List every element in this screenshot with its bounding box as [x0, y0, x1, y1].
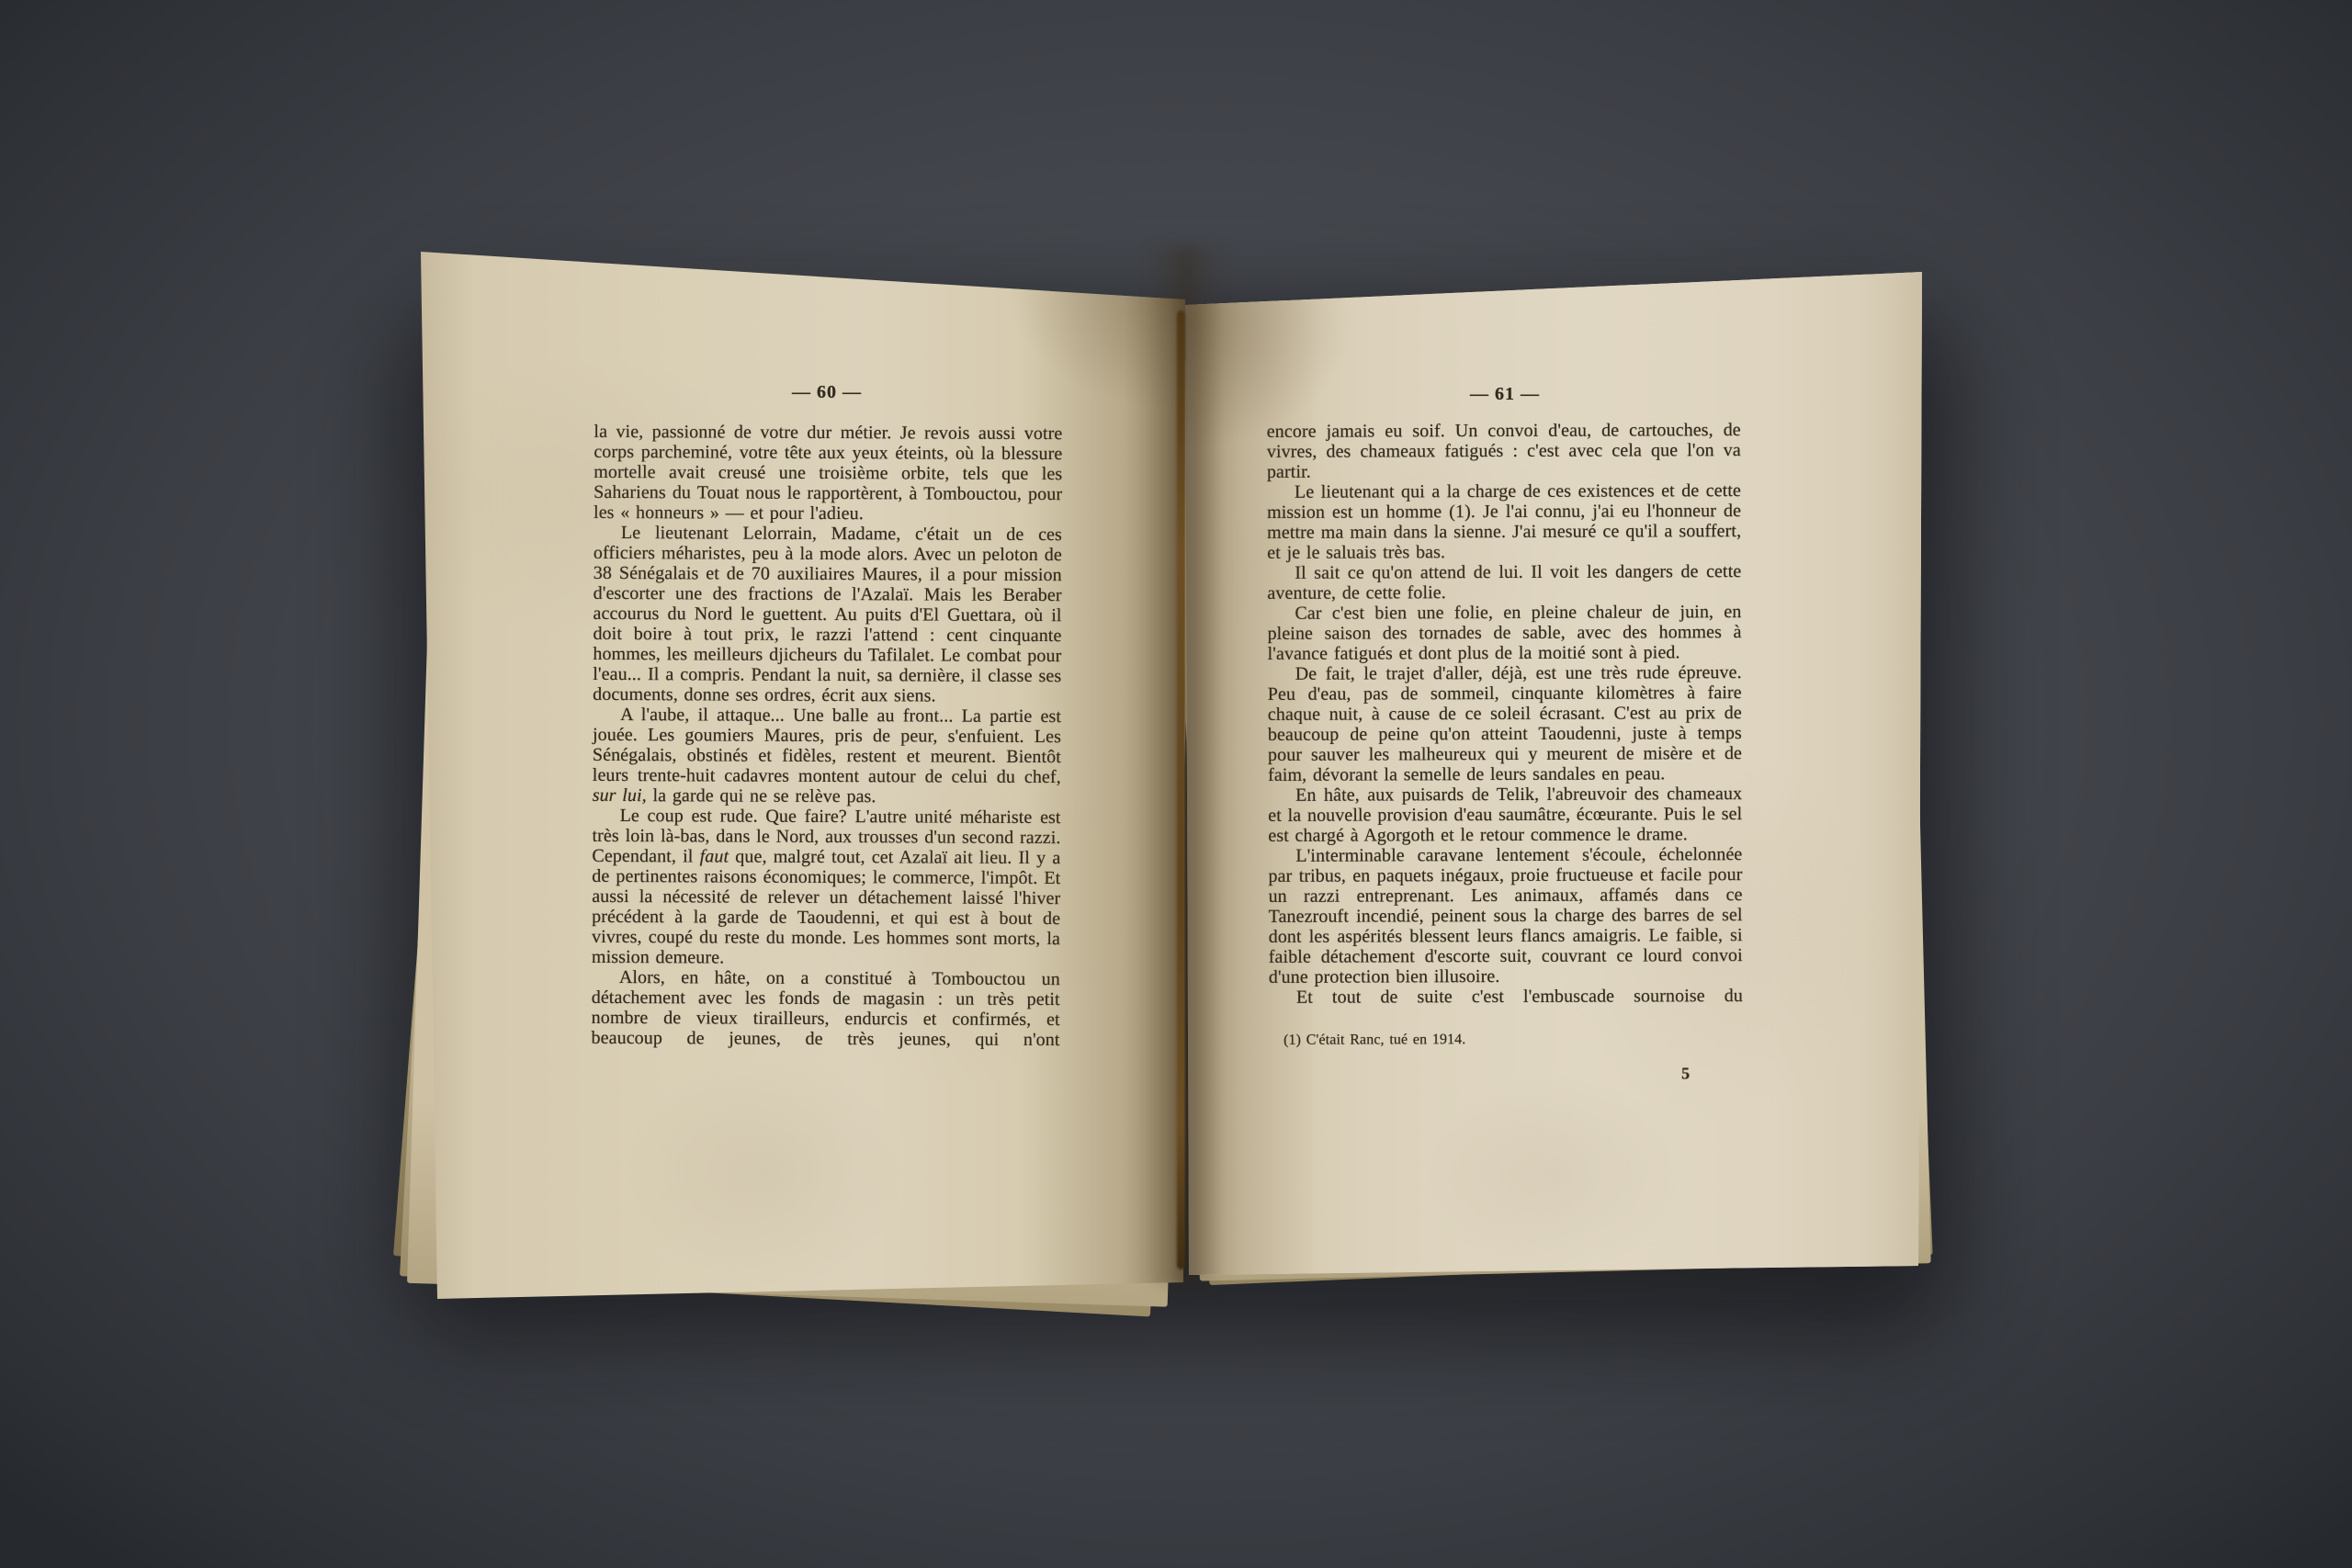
- paragraph: De fait, le trajet d'aller, déjà, est un…: [1268, 662, 1742, 785]
- footnote: (1) C'était Ranc, tué en 1914.: [1269, 1030, 1743, 1050]
- spine-crease: [1177, 310, 1185, 1269]
- text-segment: A l'aube, il attaque... Une balle au fro…: [593, 705, 1061, 787]
- text-segment: Car c'est bien une folie, en pleine chal…: [1268, 602, 1742, 664]
- paragraph: Le lieutenant Lelorrain, Madame, c'était…: [593, 523, 1062, 706]
- paragraph: A l'aube, il attaque... Une balle au fro…: [593, 705, 1061, 807]
- italic-text-segment: faut: [700, 846, 729, 866]
- text-segment: Et tout de suite c'est l'embuscade sourn…: [1296, 986, 1743, 1008]
- paragraph: L'interminable caravane lentement s'écou…: [1268, 844, 1743, 987]
- text-segment: De fait, le trajet d'aller, déjà, est un…: [1268, 662, 1742, 785]
- left-page: — 60 — la vie, passionné de votre dur mé…: [421, 243, 1185, 1299]
- paragraph: la vie, passionné de votre dur métier. J…: [594, 422, 1062, 525]
- paragraph: Et tout de suite c'est l'embuscade sourn…: [1269, 986, 1743, 1008]
- right-page-number: — 61 —: [1268, 384, 1742, 405]
- text-segment: la garde qui ne se relève pas.: [647, 785, 876, 807]
- right-page-text: encore jamais eu soif. Un convoi d'eau, …: [1267, 420, 1744, 1085]
- italic-text-segment: sur lui,: [593, 785, 647, 806]
- left-page-text: la vie, passionné de votre dur métier. J…: [592, 422, 1063, 1050]
- text-segment: la vie, passionné de votre dur métier. J…: [594, 422, 1062, 524]
- paragraph: Le lieutenant qui a la charge de ces exi…: [1267, 480, 1741, 563]
- text-segment: encore jamais eu soif. Un convoi d'eau, …: [1267, 420, 1741, 482]
- text-segment: En hâte, aux puisards de Telik, l'abreuv…: [1268, 784, 1742, 846]
- text-segment: Le lieutenant qui a la charge de ces exi…: [1267, 480, 1741, 563]
- text-segment: Alors, en hâte, on a constitué à Tombouc…: [592, 967, 1060, 1050]
- signature-mark: 5: [1269, 1063, 1743, 1085]
- right-page-paragraphs: encore jamais eu soif. Un convoi d'eau, …: [1267, 420, 1743, 1008]
- left-page-number: — 60 —: [593, 382, 1061, 403]
- text-segment: Le lieutenant Lelorrain, Madame, c'était…: [593, 523, 1062, 705]
- paragraph: encore jamais eu soif. Un convoi d'eau, …: [1267, 420, 1741, 482]
- book-photo-scene: — 60 — la vie, passionné de votre dur mé…: [0, 0, 2352, 1568]
- paragraph: Alors, en hâte, on a constitué à Tombouc…: [592, 967, 1060, 1050]
- right-page: — 61 — encore jamais eu soif. Un convoi …: [1185, 272, 1922, 1275]
- paragraph: Il sait ce qu'on attend de lui. Il voit …: [1267, 561, 1741, 604]
- spine-shadow: [1147, 246, 1226, 1286]
- paragraph: Car c'est bien une folie, en pleine chal…: [1267, 602, 1741, 664]
- text-segment: L'interminable caravane lentement s'écou…: [1268, 844, 1742, 987]
- text-segment: Il sait ce qu'on attend de lui. Il voit …: [1267, 561, 1741, 604]
- paragraph: En hâte, aux puisards de Telik, l'abreuv…: [1268, 784, 1742, 846]
- paragraph: Le coup est rude. Que faire? L'autre uni…: [592, 806, 1061, 969]
